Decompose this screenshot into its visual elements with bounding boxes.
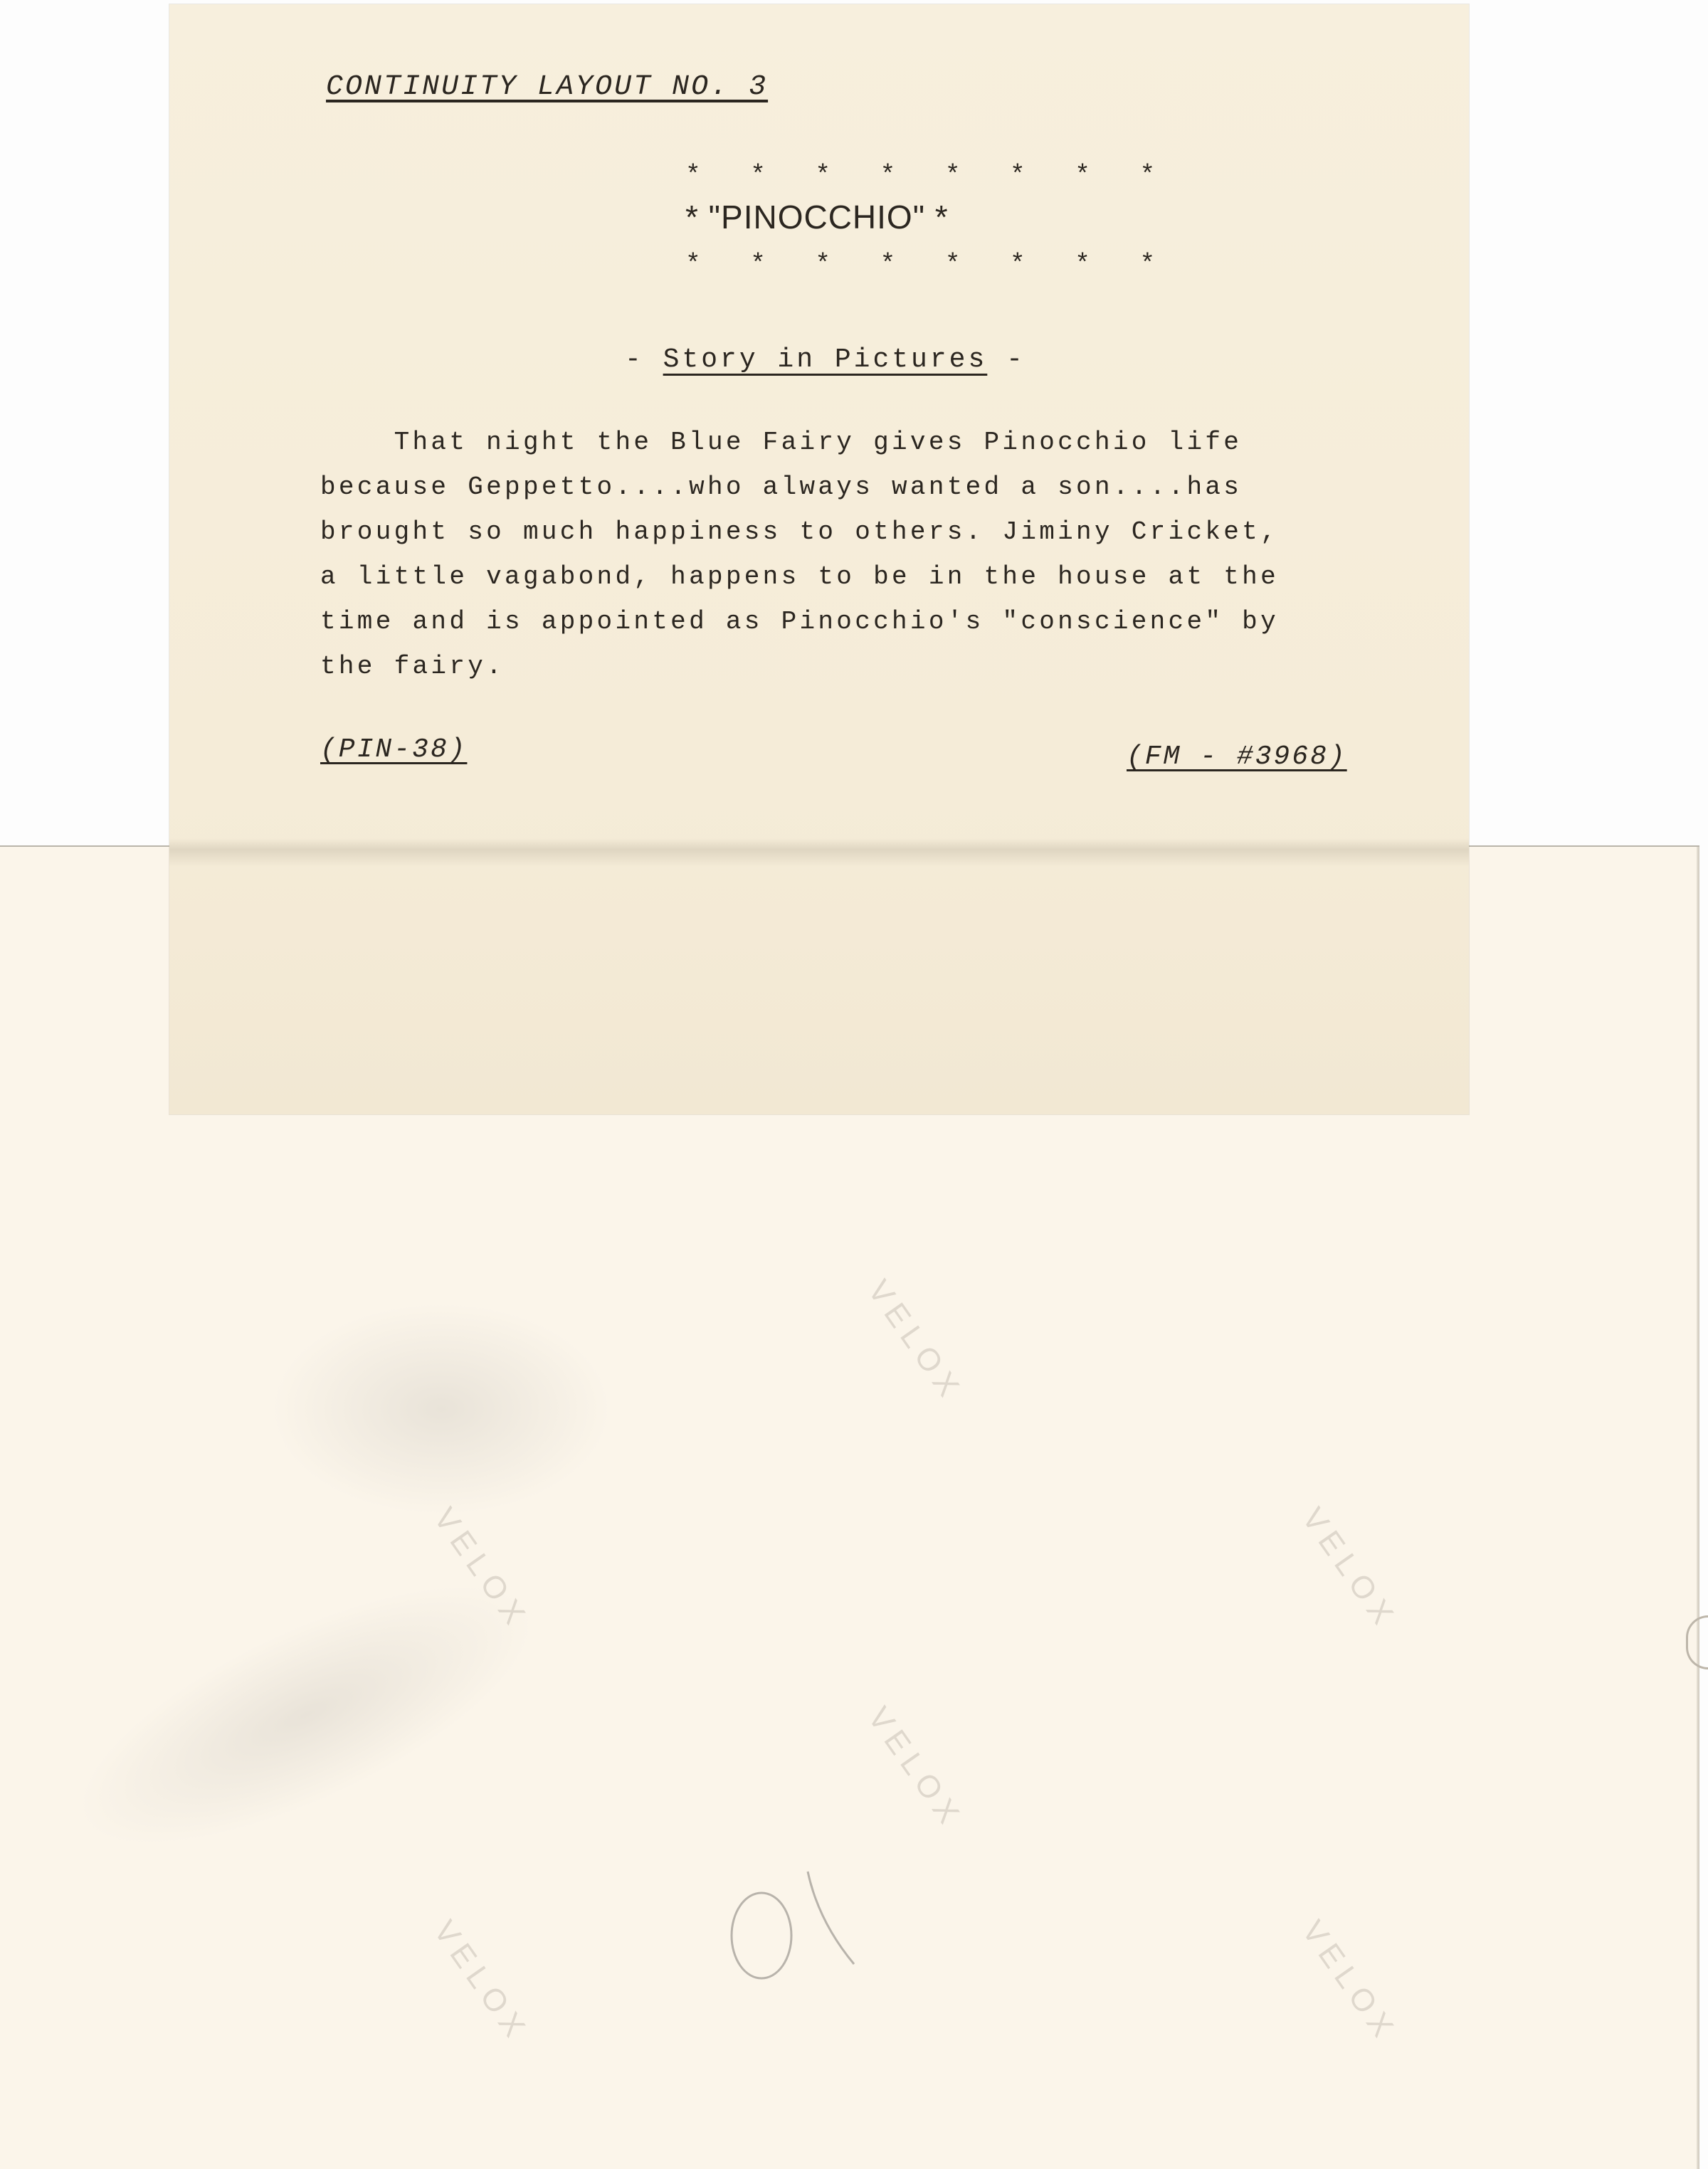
fold-crease <box>169 838 1469 867</box>
story-line: That night the Blue Fairy gives Pinocchi… <box>320 420 1430 465</box>
subtitle-text: Story in Pictures <box>663 344 988 375</box>
stars-row-top: * * * * * * * * <box>685 161 1172 190</box>
reference-code-right: (FM - #3968) <box>1127 742 1347 772</box>
story-line: because Geppetto....who always wanted a … <box>320 465 1430 510</box>
velox-watermark: VELOX <box>1295 1502 1404 1637</box>
story-line: brought so much happiness to others. Jim… <box>320 510 1430 554</box>
reference-code-left: (PIN-38) <box>320 734 467 765</box>
subtitle-dash-left: - <box>625 344 663 375</box>
film-title: * "PINOCCHIO" * <box>685 198 949 236</box>
continuity-slip: CONTINUITY LAYOUT NO. 3 * * * * * * * * … <box>169 4 1469 1114</box>
pencil-smudge <box>270 1302 612 1516</box>
velox-watermark: VELOX <box>860 1274 970 1409</box>
velox-watermark: VELOX <box>860 1701 970 1836</box>
story-paragraph: That night the Blue Fairy gives Pinocchi… <box>320 420 1430 689</box>
layout-header: CONTINUITY LAYOUT NO. 3 <box>326 71 768 103</box>
pencil-note-10 <box>712 1850 868 2007</box>
story-line: time and is appointed as Pinocchio's "co… <box>320 599 1430 644</box>
subtitle: - Story in Pictures - <box>625 344 1026 375</box>
pencil-smudge <box>44 1532 568 1897</box>
story-line: the fairy. <box>320 644 1430 689</box>
velox-watermark: VELOX <box>1295 1914 1404 2049</box>
velox-watermark: VELOX <box>426 1914 536 2049</box>
story-line: a little vagabond, happens to be in the … <box>320 554 1430 599</box>
stars-row-bottom: * * * * * * * * <box>685 250 1172 279</box>
subtitle-dash-right: - <box>987 344 1026 375</box>
